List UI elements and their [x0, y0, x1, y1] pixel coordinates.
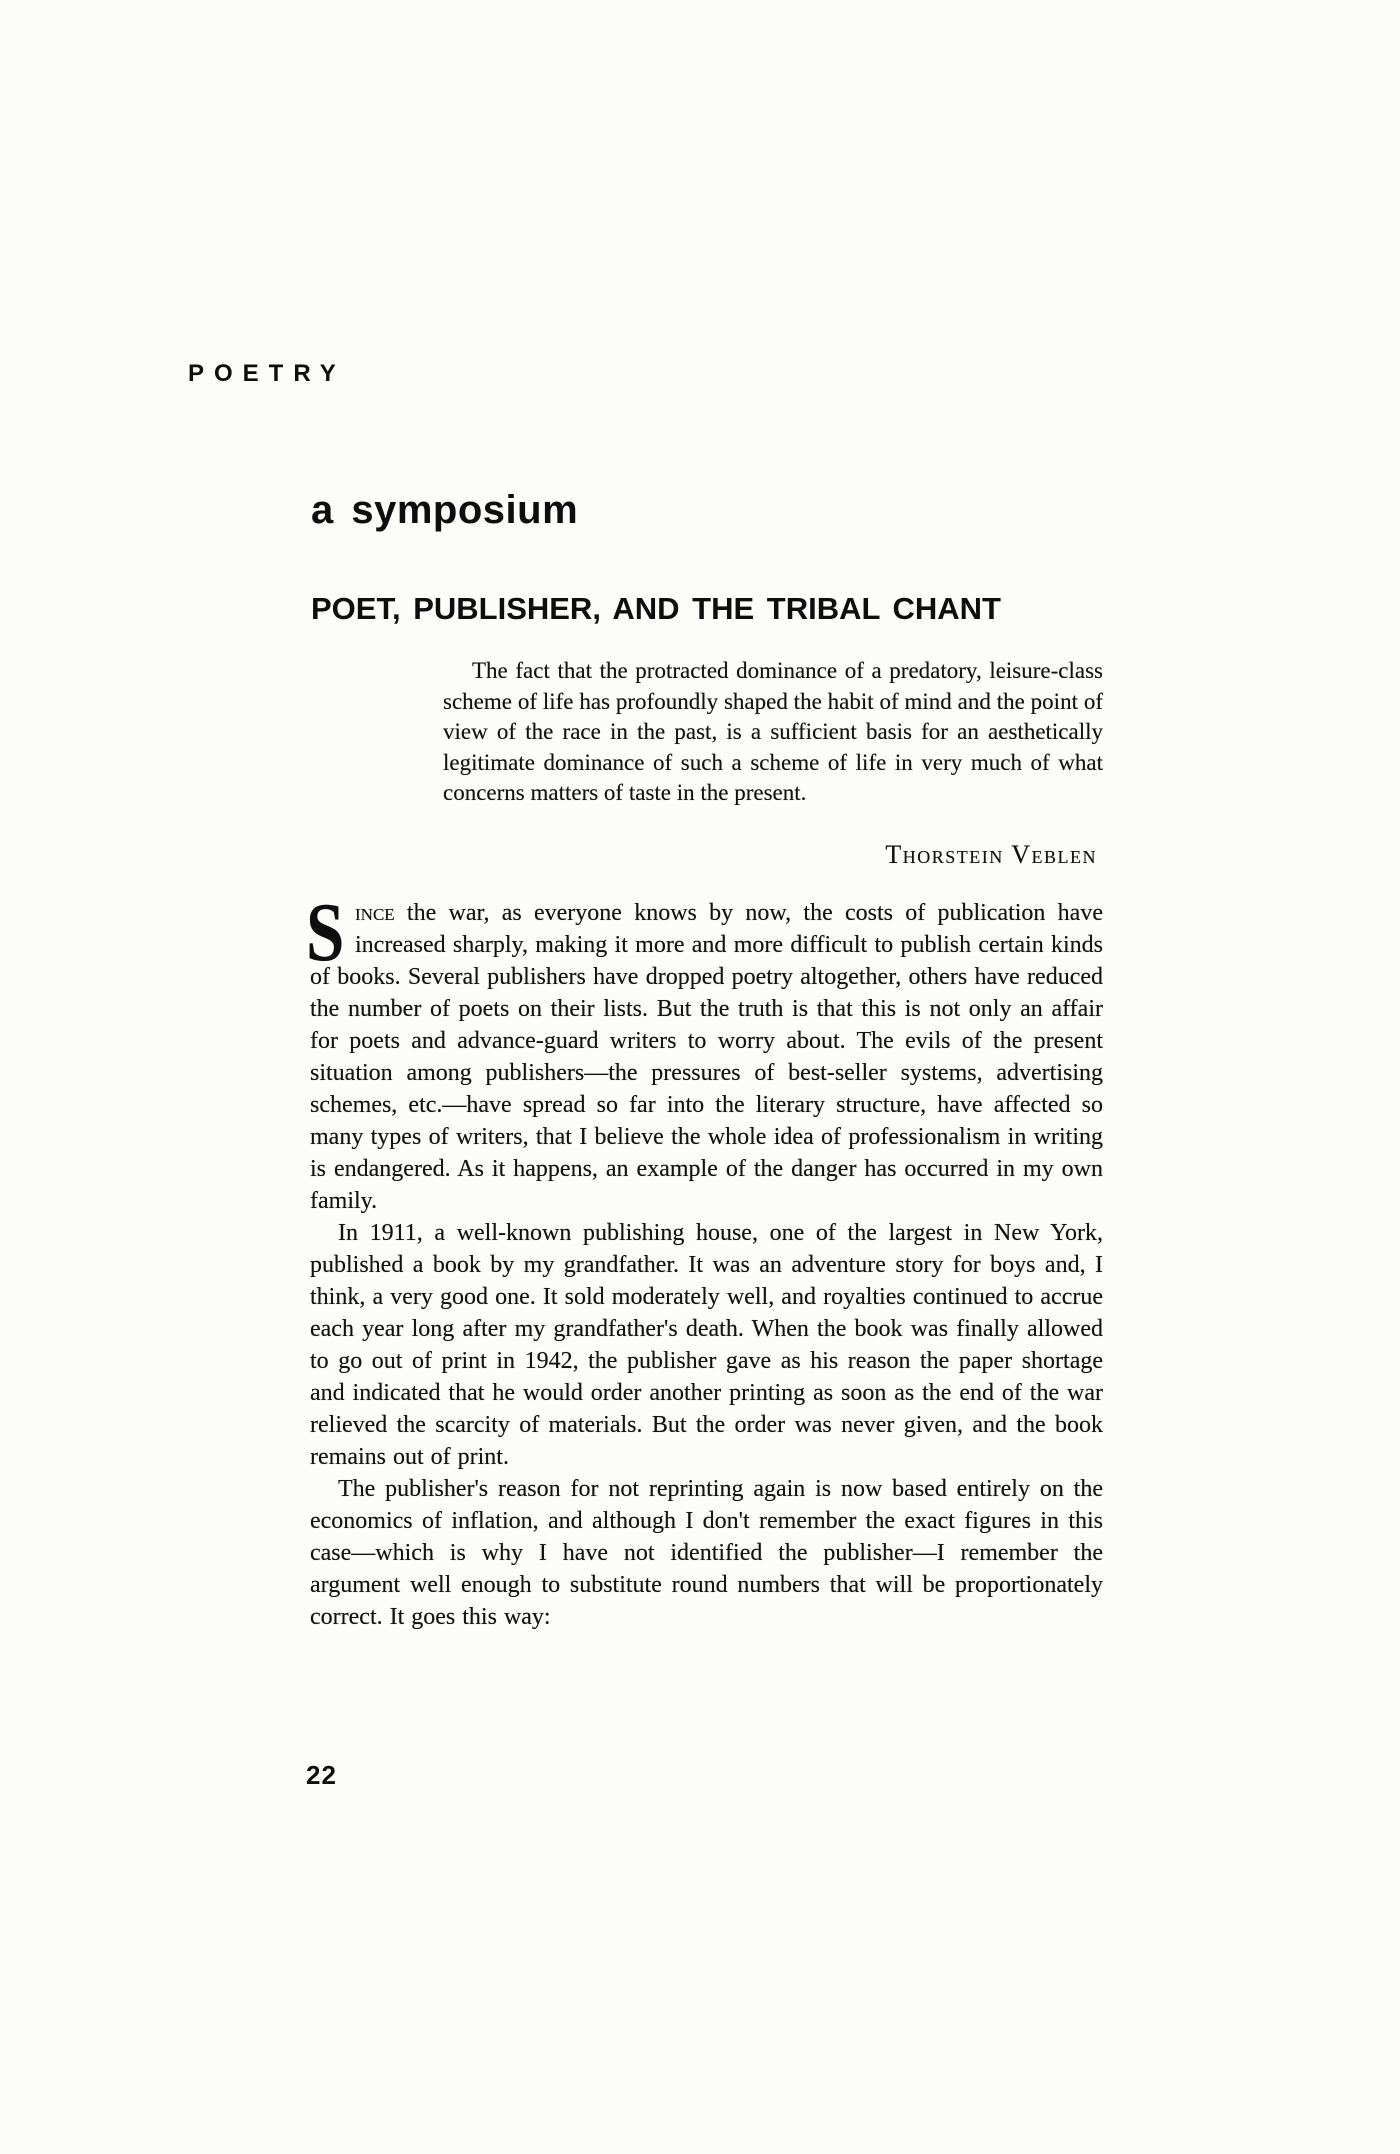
paragraph-3: The publisher's reason for not reprintin… — [310, 1473, 1103, 1633]
paragraph-1-text: the war, as everyone knows by now, the c… — [310, 900, 1103, 1214]
scanned-book-page: POETRY a symposium POET, PUBLISHER, AND … — [0, 0, 1400, 2154]
page-number: 22 — [306, 1761, 337, 1789]
epigraph-text: The fact that the protracted dominance o… — [443, 656, 1103, 809]
paragraph-2: In 1911, a well-known publishing house, … — [310, 1217, 1103, 1473]
paragraph-1-smallcaps: ince — [355, 900, 395, 926]
article-title: POET, PUBLISHER, AND THE TRIBAL CHANT — [311, 592, 1001, 626]
paragraph-1: ince the war, as everyone knows by now, … — [310, 897, 1103, 1217]
section-heading: a symposium — [311, 488, 578, 532]
dropcap-spacer — [310, 897, 355, 961]
epigraph-block: The fact that the protracted dominance o… — [443, 656, 1103, 809]
running-head: POETRY — [188, 361, 346, 387]
epigraph-attribution: Thorstein Veblen — [443, 840, 1097, 870]
article-body: ince the war, as everyone knows by now, … — [310, 897, 1103, 1633]
